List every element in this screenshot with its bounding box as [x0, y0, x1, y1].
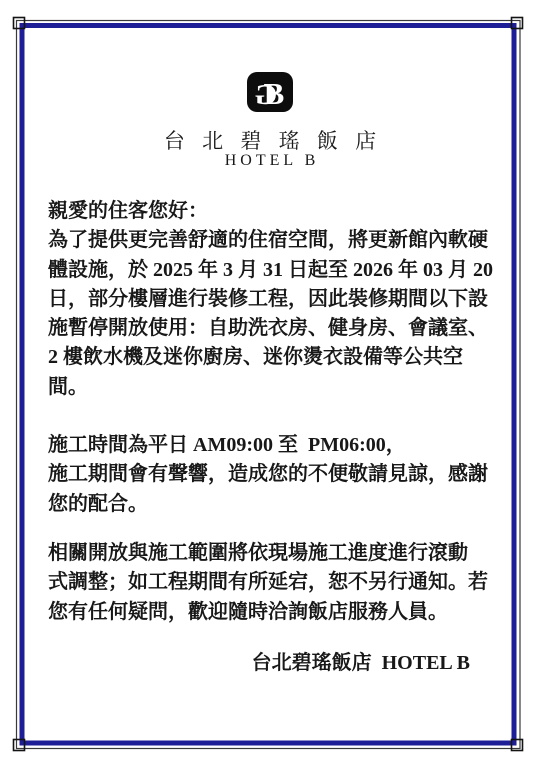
notice-line: 為了提供更完善舒適的住宿空間，將更新館內軟硬 — [48, 226, 496, 255]
hotel-b-monogram-icon: G B — [246, 71, 294, 113]
signature: 台北碧瑤飯店 HOTEL B — [252, 646, 470, 675]
notice-line: 2 樓飲水機及迷你廚房、迷你燙衣設備等公共空間。 — [48, 343, 496, 402]
paragraph-renovation-announcement: 親愛的住客您好： 為了提供更完善舒適的住宿空間，將更新館內軟硬 體設施，於 20… — [48, 197, 496, 402]
logo-letter-b: B — [264, 76, 285, 111]
notice-line: 日，部分樓層進行裝修工程，因此裝修期間以下設 — [48, 285, 496, 314]
paragraph-scope-adjustment: 相關開放與施工範圍將依現場施工進度進行滾動 式調整；如工程期間有所延宕，恕不另行… — [48, 539, 496, 627]
corner-knot-top-right — [512, 18, 523, 29]
notice-line: 體設施，於 2025 年 3 月 31 日起至 2026 年 03 月 20 — [48, 256, 496, 285]
hotel-name-zh: 台 北 碧 瑤 飯 店 — [0, 125, 540, 155]
notice-line: 施工時間為平日 AM09:00 至 PM06:00， — [48, 431, 496, 460]
corner-knot-bottom-right — [512, 740, 523, 751]
paragraph-construction-hours: 施工時間為平日 AM09:00 至 PM06:00， 施工期間會有聲響，造成您的… — [48, 431, 496, 519]
hotel-renovation-notice-page: { "colors": { "background": "#ffffff", "… — [0, 0, 540, 768]
hotel-logo: G B — [246, 71, 294, 113]
corner-knot-bottom-left — [14, 740, 25, 751]
notice-body: 親愛的住客您好： 為了提供更完善舒適的住宿空間，將更新館內軟硬 體設施，於 20… — [48, 197, 496, 627]
notice-line: 您有任何疑問，歡迎隨時洽詢飯店服務人員。 — [48, 598, 496, 627]
notice-line: 相關開放與施工範圍將依現場施工進度進行滾動 — [48, 539, 496, 568]
notice-line: 式調整；如工程期間有所延宕，恕不另行通知。若 — [48, 568, 496, 597]
notice-line: 您的配合。 — [48, 490, 496, 519]
corner-knot-top-left — [14, 18, 25, 29]
notice-line: 親愛的住客您好： — [48, 197, 496, 226]
hotel-name-en: HOTEL B — [0, 152, 540, 170]
notice-line: 施工期間會有聲響，造成您的不便敬請見諒，感謝 — [48, 460, 496, 489]
notice-line: 施暫停開放使用：自助洗衣房、健身房、會議室、 — [48, 314, 496, 343]
